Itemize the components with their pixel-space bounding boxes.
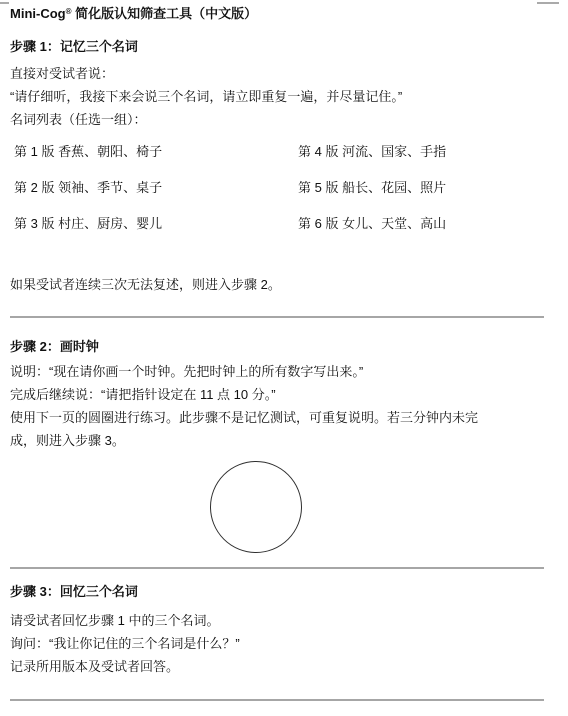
word-list-item-v1: 第 1 版 香蕉、朝阳、椅子	[14, 140, 298, 176]
section-divider	[10, 567, 544, 569]
word-list-item-v3: 第 3 版 村庄、厨房、婴儿	[14, 212, 298, 248]
document-title: Mini-Cog® 简化版认知筛查工具（中文版）	[10, 2, 544, 24]
title-suffix-text: 简化版认知筛查工具（中文版）	[72, 6, 258, 21]
page-edge-mark-right	[537, 2, 559, 4]
mini-cog-document: Mini-Cog® 简化版认知筛查工具（中文版） 步骤 1：记忆三个名词 直接对…	[0, 2, 568, 716]
step1-instructions: 直接对受试者说： “请仔细听，我接下来会说三个名词，请立即重复一遍，并尽量记住。…	[10, 62, 544, 131]
page-edge-mark-left	[0, 2, 9, 4]
clock-drawing-circle	[210, 461, 302, 553]
step2-heading: 步骤 2：画时钟	[10, 337, 544, 357]
word-list-item-v2: 第 2 版 领袖、季节、桌子	[14, 176, 298, 212]
step3-heading: 步骤 3：回忆三个名词	[10, 582, 544, 602]
word-list: 第 1 版 香蕉、朝阳、椅子 第 4 版 河流、国家、手指 第 2 版 领袖、季…	[10, 140, 544, 248]
word-list-item-v4: 第 4 版 河流、国家、手指	[298, 140, 544, 176]
title-text: Mini-Cog	[10, 6, 66, 21]
step3-instructions: 请受试者回忆步骤 1 中的三个名词。 询问：“我让你记住的三个名词是什么？” 记…	[10, 609, 544, 678]
word-list-item-v5: 第 5 版 船长、花园、照片	[298, 176, 544, 212]
step1-failure-note: 如果受试者连续三次无法复述，则进入步骤 2。	[10, 273, 544, 296]
step1-heading: 步骤 1：记忆三个名词	[10, 37, 544, 57]
word-list-item-v6: 第 6 版 女儿、天堂、高山	[298, 212, 544, 248]
section-divider	[10, 316, 544, 318]
section-divider	[10, 699, 544, 701]
step2-instructions: 说明：“现在请你画一个时钟。先把时钟上的所有数字写出来。” 完成后继续说：“请把…	[10, 360, 544, 452]
